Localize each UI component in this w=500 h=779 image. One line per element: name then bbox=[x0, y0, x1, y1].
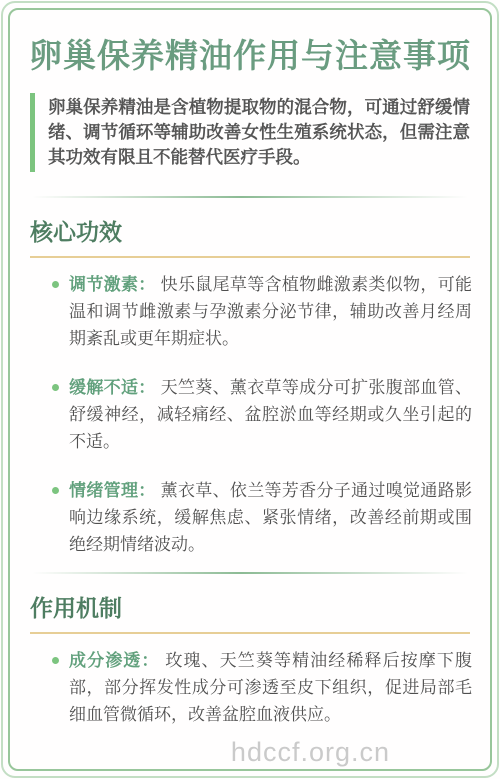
list-item: 成分渗透： 玫瑰、天竺葵等精油经稀释后按摩下腹部，部分挥发性成分可渗透至皮下组织… bbox=[52, 647, 472, 728]
mechanism-list: 成分渗透： 玫瑰、天竺葵等精油经稀释后按摩下腹部，部分挥发性成分可渗透至皮下组织… bbox=[28, 647, 472, 728]
section-divider bbox=[32, 572, 468, 574]
list-item: 情绪管理： 薰衣草、依兰等芳香分子通过嗅觉通路影响边缘系统，缓解焦虑、紧张情绪，… bbox=[52, 477, 472, 558]
info-card: 卵巢保养精油作用与注意事项 卵巢保养精油是含植物提取物的混合物，可通过舒缓情绪、… bbox=[0, 0, 500, 779]
intro-callout: 卵巢保养精油是含植物提取物的混合物，可通过舒缓情绪、调节循环等辅助改善女性生殖系… bbox=[30, 93, 470, 172]
heading-rule bbox=[30, 256, 470, 258]
bullet-term: 缓解不适： bbox=[69, 378, 156, 397]
section-mechanism: 作用机制 成分渗透： 玫瑰、天竺葵等精油经稀释后按摩下腹部，部分挥发性成分可渗透… bbox=[28, 595, 472, 728]
section-divider bbox=[32, 196, 468, 198]
list-item: 缓解不适： 天竺葵、薰衣草等成分可扩张腹部血管、舒缓神经，减轻痛经、盆腔淤血等经… bbox=[52, 374, 472, 455]
section-heading-core-effects: 核心功效 bbox=[30, 219, 472, 245]
bullet-term: 调节激素： bbox=[69, 275, 156, 294]
bullet-dot-icon bbox=[52, 487, 59, 494]
page-title: 卵巢保养精油作用与注意事项 bbox=[28, 36, 472, 76]
section-core-effects: 核心功效 调节激素： 快乐鼠尾草等含植物雌激素类似物，可能温和调节雌激素与孕激素… bbox=[28, 219, 472, 558]
bullet-dot-icon bbox=[52, 657, 59, 664]
heading-rule bbox=[30, 632, 470, 634]
bullet-dot-icon bbox=[52, 384, 59, 391]
bullet-dot-icon bbox=[52, 281, 59, 288]
section-heading-mechanism: 作用机制 bbox=[30, 595, 472, 621]
list-item: 调节激素： 快乐鼠尾草等含植物雌激素类似物，可能温和调节雌激素与孕激素分泌节律，… bbox=[52, 271, 472, 352]
watermark: hdccf.org.cn bbox=[231, 737, 390, 768]
bullet-term: 情绪管理： bbox=[69, 481, 156, 500]
bullet-term: 成分渗透： bbox=[69, 651, 160, 670]
core-effects-list: 调节激素： 快乐鼠尾草等含植物雌激素类似物，可能温和调节雌激素与孕激素分泌节律，… bbox=[28, 271, 472, 558]
card-content: 卵巢保养精油作用与注意事项 卵巢保养精油是含植物提取物的混合物，可通过舒缓情绪、… bbox=[10, 10, 490, 769]
